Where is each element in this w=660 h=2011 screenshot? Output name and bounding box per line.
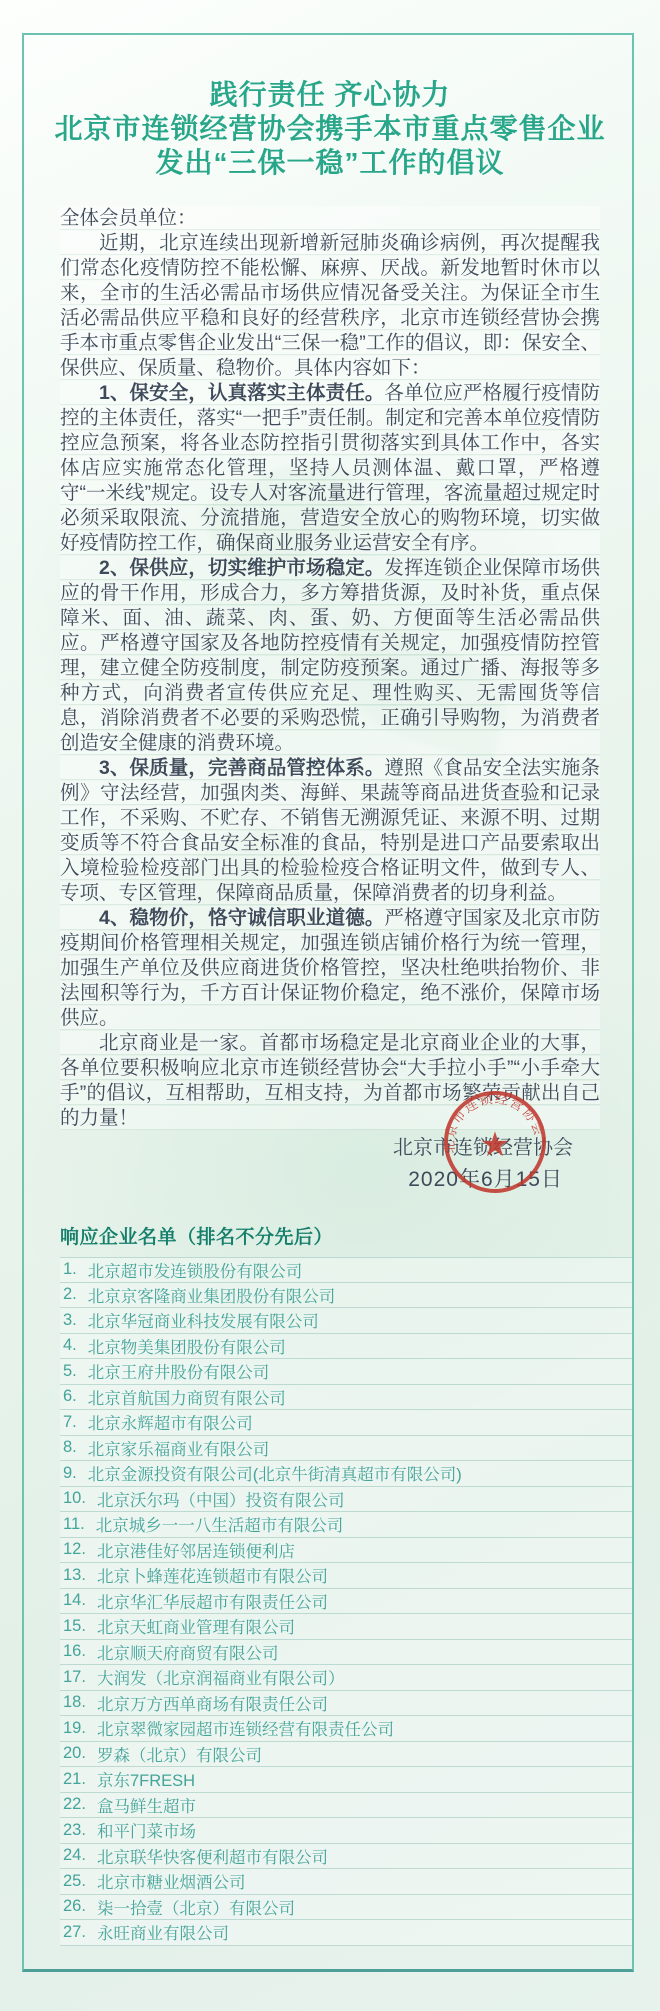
- announcement-page: 践行责任 齐心协力 北京市连锁经营协会携手本市重点零售企业 发出“三保一稳”工作…: [0, 0, 660, 2011]
- roster-row: 3.北京华冠商业科技发展有限公司: [60, 1308, 632, 1334]
- roster-number: 24.: [63, 1846, 86, 1865]
- association-seal: 北京市连锁经营协会 ★: [442, 1089, 548, 1195]
- roster-number: 12.: [63, 1540, 86, 1559]
- roster-company-name: 北京港佳好邻居连锁便利店: [97, 1538, 295, 1562]
- roster-row: 6.北京首航国力商贸有限公司: [60, 1385, 632, 1411]
- star-icon: ★: [480, 1126, 510, 1164]
- roster-number: 11.: [63, 1515, 85, 1534]
- roster-company-name: 北京沃尔玛（中国）投资有限公司: [97, 1487, 345, 1511]
- roster-company-name: 北京城乡一一八生活超市有限公司: [96, 1512, 344, 1536]
- roster-number: 23.: [63, 1821, 86, 1840]
- roster-row: 27.永旺商业有限公司: [60, 1920, 632, 1946]
- roster-company-name: 北京永辉超市有限公司: [88, 1410, 253, 1434]
- roster-company-name: 北京华冠商业科技发展有限公司: [88, 1308, 319, 1332]
- roster-row: 13.北京卜蜂莲花连锁超市有限公司: [60, 1563, 632, 1589]
- letter-paragraph: 1、保安全，认真落实主体责任。各单位应严格履行疫情防控的主体责任，落实“一把手”…: [60, 381, 600, 556]
- roster-row: 17.大润发（北京润福商业有限公司）: [60, 1665, 632, 1691]
- paragraph-lead: 3、保质量，完善商品管控体系。: [99, 757, 384, 779]
- roster-heading: 响应企业名单（排名不分先后）: [60, 1222, 632, 1257]
- roster-section: 响应企业名单（排名不分先后） 1.北京超市发连锁股份有限公司2.北京京客隆商业集…: [60, 1222, 632, 1946]
- roster-company-name: 和平门菜市场: [97, 1818, 196, 1842]
- roster-company-name: 盒马鲜生超市: [97, 1793, 196, 1817]
- roster-row: 18.北京万方西单商场有限责任公司: [60, 1691, 632, 1717]
- title-line-2: 北京市连锁经营协会携手本市重点零售企业: [0, 112, 660, 146]
- roster-row: 20.罗森（北京）有限公司: [60, 1742, 632, 1768]
- letter-paragraph: 2、保供应，切实维护市场稳定。发挥连锁企业保障市场供应的骨干作用，形成合力，多方…: [60, 556, 600, 756]
- roster-row: 23.和平门菜市场: [60, 1818, 632, 1844]
- roster-company-name: 北京卜蜂莲花连锁超市有限公司: [97, 1563, 328, 1587]
- roster-company-name: 北京市糖业烟酒公司: [97, 1869, 246, 1893]
- title-line-3: 发出“三保一稳”工作的倡议: [0, 146, 660, 180]
- page-title: 践行责任 齐心协力 北京市连锁经营协会携手本市重点零售企业 发出“三保一稳”工作…: [0, 78, 660, 180]
- roster-number: 16.: [63, 1642, 86, 1661]
- roster-company-name: 永旺商业有限公司: [97, 1920, 229, 1944]
- roster-company-name: 北京顺天府商贸有限公司: [97, 1640, 279, 1664]
- title-line-1: 践行责任 齐心协力: [0, 78, 660, 112]
- roster-number: 13.: [63, 1566, 86, 1585]
- roster-company-name: 北京王府井股份有限公司: [88, 1359, 270, 1383]
- roster-company-name: 北京超市发连锁股份有限公司: [88, 1258, 303, 1282]
- roster-number: 27.: [63, 1923, 86, 1942]
- roster-row: 4.北京物美集团股份有限公司: [60, 1334, 632, 1360]
- roster-row: 25.北京市糖业烟酒公司: [60, 1869, 632, 1895]
- roster-number: 25.: [63, 1872, 86, 1891]
- roster-number: 19.: [63, 1719, 86, 1738]
- roster-company-name: 柒一拾壹（北京）有限公司: [97, 1895, 295, 1919]
- roster-number: 6.: [63, 1387, 77, 1406]
- roster-number: 2.: [63, 1285, 77, 1304]
- roster-number: 7.: [63, 1413, 77, 1432]
- roster-row: 2.北京京客隆商业集团股份有限公司: [60, 1283, 632, 1309]
- roster-number: 4.: [63, 1336, 77, 1355]
- roster-company-name: 北京金源投资有限公司(北京牛街清真超市有限公司): [88, 1461, 462, 1485]
- paragraph-lead: 2、保供应，切实维护市场稳定。: [99, 557, 384, 579]
- roster-row: 7.北京永辉超市有限公司: [60, 1410, 632, 1436]
- roster-row: 5.北京王府井股份有限公司: [60, 1359, 632, 1385]
- roster-row: 10.北京沃尔玛（中国）投资有限公司: [60, 1487, 632, 1513]
- roster-number: 22.: [63, 1795, 86, 1814]
- roster-number: 18.: [63, 1693, 86, 1712]
- roster-number: 15.: [63, 1617, 86, 1636]
- roster-company-name: 北京首航国力商贸有限公司: [88, 1385, 286, 1409]
- roster-company-name: 北京翠微家园超市连锁经营有限责任公司: [97, 1716, 394, 1740]
- roster-number: 3.: [63, 1311, 77, 1330]
- roster-company-name: 北京京客隆商业集团股份有限公司: [88, 1283, 336, 1307]
- roster-number: 8.: [63, 1438, 77, 1457]
- roster-list: 1.北京超市发连锁股份有限公司2.北京京客隆商业集团股份有限公司3.北京华冠商业…: [60, 1257, 632, 1946]
- roster-number: 10.: [63, 1489, 86, 1508]
- paragraph-lead: 4、稳物价，恪守诚信职业道德。: [99, 907, 384, 929]
- roster-company-name: 北京联华快客便利超市有限公司: [97, 1844, 328, 1868]
- roster-row: 22.盒马鲜生超市: [60, 1793, 632, 1819]
- roster-row: 26.柒一拾壹（北京）有限公司: [60, 1895, 632, 1921]
- roster-row: 21.京东7FRESH: [60, 1767, 632, 1793]
- roster-number: 21.: [63, 1770, 86, 1789]
- roster-row: 15.北京天虹商业管理有限公司: [60, 1614, 632, 1640]
- roster-row: 24.北京联华快客便利超市有限公司: [60, 1844, 632, 1870]
- roster-company-name: 北京万方西单商场有限责任公司: [97, 1691, 328, 1715]
- roster-company-name: 北京家乐福商业有限公司: [88, 1436, 270, 1460]
- roster-row: 19.北京翠微家园超市连锁经营有限责任公司: [60, 1716, 632, 1742]
- roster-company-name: 罗森（北京）有限公司: [97, 1742, 262, 1766]
- salutation: 全体会员单位：: [60, 206, 600, 231]
- roster-row: 12.北京港佳好邻居连锁便利店: [60, 1538, 632, 1564]
- roster-row: 11.北京城乡一一八生活超市有限公司: [60, 1512, 632, 1538]
- roster-number: 14.: [63, 1591, 86, 1610]
- seal-graphic: 北京市连锁经营协会 ★: [442, 1089, 548, 1195]
- roster-company-name: 大润发（北京润福商业有限公司）: [97, 1665, 345, 1689]
- roster-number: 20.: [63, 1744, 86, 1763]
- roster-company-name: 京东7FRESH: [97, 1767, 195, 1791]
- roster-row: 8.北京家乐福商业有限公司: [60, 1436, 632, 1462]
- roster-row: 9.北京金源投资有限公司(北京牛街清真超市有限公司): [60, 1461, 632, 1487]
- roster-number: 9.: [63, 1464, 77, 1483]
- paragraph-lead: 1、保安全，认真落实主体责任。: [99, 382, 384, 404]
- roster-number: 5.: [63, 1362, 77, 1381]
- roster-company-name: 北京天虹商业管理有限公司: [97, 1614, 295, 1638]
- roster-company-name: 北京物美集团股份有限公司: [88, 1334, 286, 1358]
- roster-company-name: 北京华汇华辰超市有限责任公司: [97, 1589, 328, 1613]
- roster-number: 26.: [63, 1897, 86, 1916]
- roster-number: 1.: [63, 1260, 77, 1279]
- roster-row: 16.北京顺天府商贸有限公司: [60, 1640, 632, 1666]
- roster-number: 17.: [63, 1668, 86, 1687]
- roster-row: 14.北京华汇华辰超市有限责任公司: [60, 1589, 632, 1615]
- letter-paragraph: 4、稳物价，恪守诚信职业道德。严格遵守国家及北京市防疫期间价格管理相关规定，加强…: [60, 906, 600, 1031]
- letter-body: 全体会员单位： 近期，北京连续出现新增新冠肺炎确诊病例，再次提醒我们常态化疫情防…: [60, 206, 600, 1131]
- roster-row: 1.北京超市发连锁股份有限公司: [60, 1257, 632, 1283]
- letter-paragraph: 近期，北京连续出现新增新冠肺炎确诊病例，再次提醒我们常态化疫情防控不能松懈、麻痹…: [60, 231, 600, 381]
- letter-paragraph: 3、保质量，完善商品管控体系。遵照《食品安全法实施条例》守法经营，加强肉类、海鲜…: [60, 756, 600, 906]
- letter-paragraphs: 近期，北京连续出现新增新冠肺炎确诊病例，再次提醒我们常态化疫情防控不能松懈、麻痹…: [60, 231, 600, 1131]
